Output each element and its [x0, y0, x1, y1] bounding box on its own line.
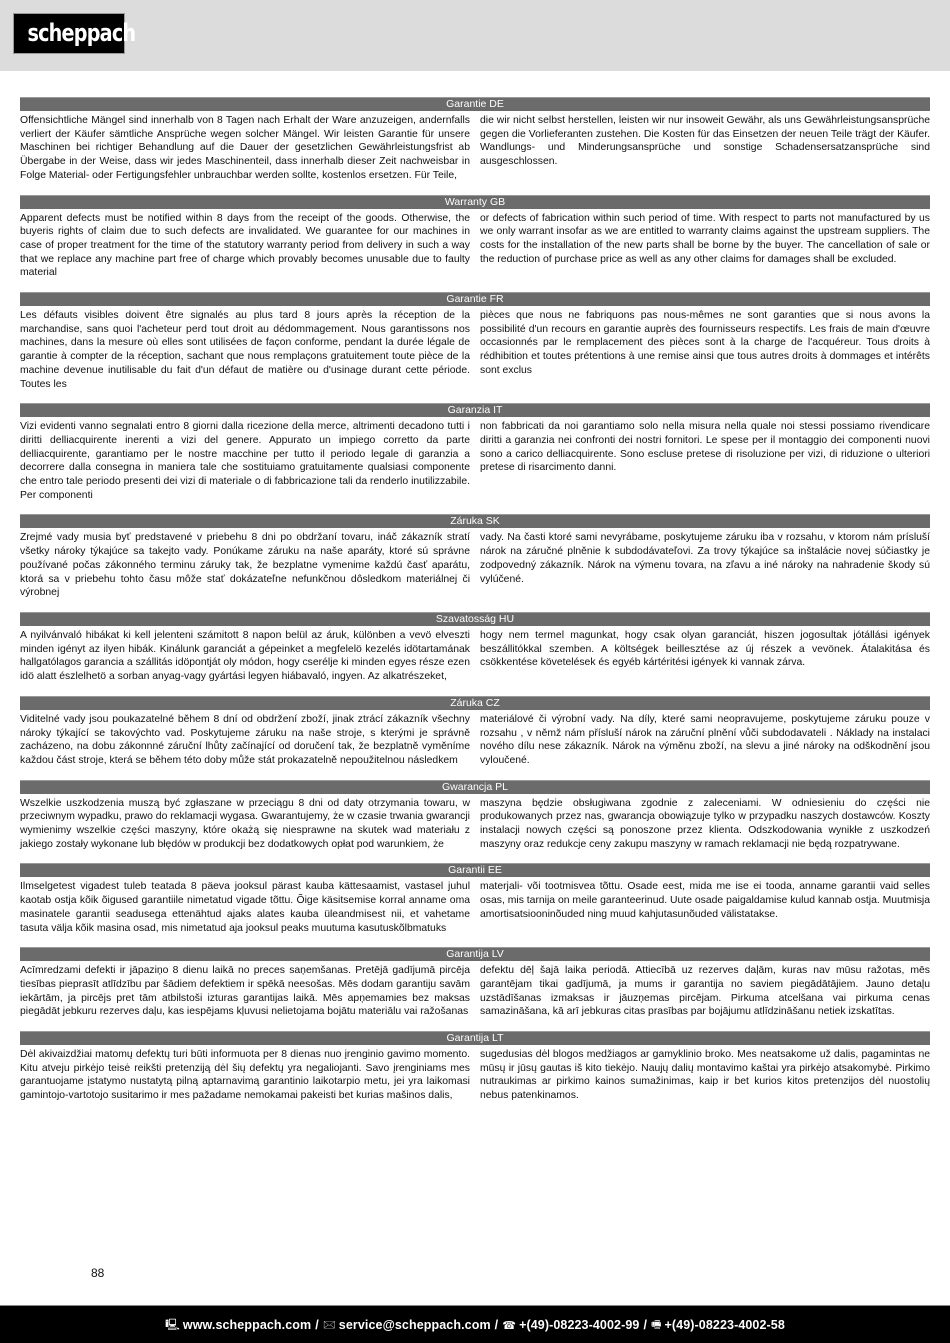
section-title: Garantie DE	[20, 97, 930, 111]
text-right: sugedusias dėl blogos medžiagos ar gamyk…	[480, 1048, 930, 1103]
text-right: maszyna będzie obsługiwana zgodnie z zal…	[480, 797, 930, 852]
text-left: Apparent defects must be notified within…	[20, 212, 470, 281]
separator: /	[495, 1318, 499, 1332]
text-right: materjali- või tootmisvea tõttu. Osade e…	[480, 880, 930, 935]
warranty-content: Garantie DE Offensichtliche Mängel sind …	[20, 97, 930, 1115]
text-left: Viditelné vady jsou poukazatelné během 8…	[20, 713, 470, 768]
page-header: scheppach	[0, 0, 950, 71]
fax-icon: 🖷	[651, 1316, 661, 1335]
text-right: or defects of fabrication within such pe…	[480, 212, 930, 281]
section-fr: Garantie FR Les défauts visibles doivent…	[20, 292, 930, 391]
text-right: non fabbricati da noi garantiamo solo ne…	[480, 420, 930, 502]
section-title: Warranty GB	[20, 195, 930, 209]
section-title: Garantija LT	[20, 1031, 930, 1045]
text-left: Offensichtliche Mängel sind innerhalb vo…	[20, 114, 470, 183]
section-lv: Garantija LV Acīmredzami defekti ir jāpa…	[20, 947, 930, 1019]
section-title: Szavatosság HU	[20, 612, 930, 626]
text-right: pièces que nous ne fabriquons pas nous-m…	[480, 309, 930, 391]
section-title: Záruka SK	[20, 514, 930, 528]
text-left: Acīmredzami defekti ir jāpaziņo 8 dienu …	[20, 964, 470, 1019]
text-right: vady. Na časti ktoré sami nevyrábame, po…	[480, 531, 930, 600]
section-de: Garantie DE Offensichtliche Mängel sind …	[20, 97, 930, 183]
website-link[interactable]: www.scheppach.com	[183, 1318, 311, 1332]
section-cz: Záruka CZ Viditelné vady jsou poukazatel…	[20, 696, 930, 768]
section-lt: Garantija LT Dėl akivaizdžiai matomų def…	[20, 1031, 930, 1103]
section-it: Garanzia IT Vizi evidenti vanno segnalat…	[20, 403, 930, 502]
phone-icon: ☎	[502, 1319, 516, 1332]
page-number: 88	[91, 1266, 104, 1280]
text-left: A nyilvánvaló hibákat ki kell jelenteni …	[20, 629, 470, 684]
section-hu: Szavatosság HU A nyilvánvaló hibákat ki …	[20, 612, 930, 684]
section-gb: Warranty GB Apparent defects must be not…	[20, 195, 930, 281]
section-title: Garantii EE	[20, 863, 930, 877]
text-right: materiálové či výrobní vady. Na díly, kt…	[480, 713, 930, 768]
text-right: die wir nicht selbst herstellen, leisten…	[480, 114, 930, 183]
separator: /	[643, 1318, 647, 1332]
section-title: Garantie FR	[20, 292, 930, 306]
section-pl: Gwarancja PL Wszelkie uszkodzenia muszą …	[20, 780, 930, 852]
section-title: Gwarancja PL	[20, 780, 930, 794]
section-title: Garantija LV	[20, 947, 930, 961]
text-left: Les défauts visibles doivent être signal…	[20, 309, 470, 391]
text-left: Wszelkie uszkodzenia muszą być zgłaszane…	[20, 797, 470, 852]
section-ee: Garantii EE Ilmselgetest vigadest tuleb …	[20, 863, 930, 935]
fax-number: +(49)-08223-4002-58	[665, 1318, 785, 1332]
section-sk: Záruka SK Zrejmé vady musia byť predstav…	[20, 514, 930, 600]
text-left: Dėl akivaizdžiai matomų defektų turi būt…	[20, 1048, 470, 1103]
section-title: Záruka CZ	[20, 696, 930, 710]
computer-icon: 🖳	[165, 1316, 180, 1335]
text-right: defektu dēļ šajā laika periodā. Attiecīb…	[480, 964, 930, 1019]
text-left: Ilmselgetest vigadest tuleb teatada 8 pä…	[20, 880, 470, 935]
mail-icon: 🖂	[323, 1316, 336, 1335]
text-left: Zrejmé vady musia byť predstavené v prie…	[20, 531, 470, 600]
separator: /	[315, 1318, 319, 1332]
footer-contact-bar: 🖳 www.scheppach.com / 🖂 service@scheppac…	[0, 1305, 950, 1343]
section-title: Garanzia IT	[20, 403, 930, 417]
phone-number: +(49)-08223-4002-99	[519, 1318, 639, 1332]
text-left: Vizi evidenti vanno segnalati entro 8 gi…	[20, 420, 470, 502]
email-link[interactable]: service@scheppach.com	[339, 1318, 491, 1332]
scheppach-logo: scheppach	[13, 13, 125, 54]
text-right: hogy nem termel magunkat, hogy csak olya…	[480, 629, 930, 684]
